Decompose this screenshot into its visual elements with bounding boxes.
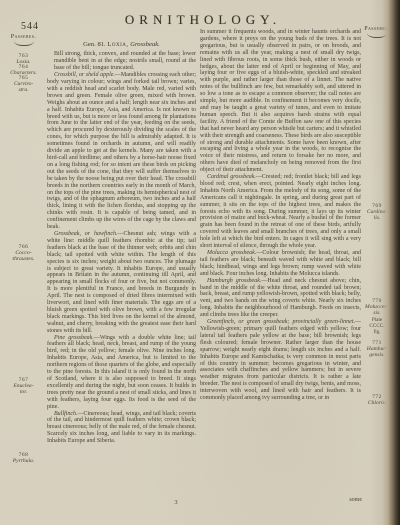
flourish-ornament bbox=[14, 41, 34, 46]
paragraph-cardinal-grossbeak: Cardinal grossbeak.—Crested; red; frontl… bbox=[200, 174, 361, 250]
paragraph-pine-grossbeak: Pine grossbeak.—Wings with a double whit… bbox=[47, 335, 196, 411]
order-name: Passeres. bbox=[2, 34, 45, 40]
paragraph-text: —Crested; red; frontlet black; bill and … bbox=[200, 174, 361, 249]
running-header: ORNITHOLOGY. bbox=[0, 12, 400, 28]
right-text-column: In summer it frequents woods, and in win… bbox=[200, 29, 361, 402]
species-name: Greenfinch, or green grossbeak; provinci… bbox=[207, 319, 355, 325]
species-name: Pine grossbeak. bbox=[54, 335, 94, 341]
signature-mark: 3 bbox=[168, 499, 184, 506]
margin-note-curvirostra: 765 Curviro- stra. bbox=[2, 75, 45, 93]
species-name: Crossbill, or sheld apple. bbox=[54, 72, 115, 78]
genus-common-name: Grossbeak. bbox=[130, 41, 160, 48]
paragraph-grossbeak: Grossbeak, or hawfinch.—Chesnut ash; win… bbox=[47, 231, 196, 335]
left-margin-column: Passeres. 763 Loxia. 764 Characters. 765… bbox=[2, 0, 45, 525]
species-name: Cardinal grossbeak. bbox=[207, 174, 256, 180]
margin-note-coccothraustes: 766 Cocco- thraustes. bbox=[2, 244, 45, 262]
genus-name: Loxia, bbox=[107, 41, 128, 48]
paragraph-bullfinch-continued: In summer it frequents woods, and in win… bbox=[200, 29, 361, 174]
paragraph-text: In summer it frequents woods, and in win… bbox=[200, 29, 361, 173]
genus-number: Gen. 81. bbox=[83, 41, 106, 48]
paragraph-text: Bill strong, thick, convex, and rounded … bbox=[54, 51, 196, 71]
paragraph-bullfinch: Bullfinch.—Cinereous; head, wings, and t… bbox=[47, 411, 196, 446]
paragraph-text: —Mandibles crossing each other; body var… bbox=[47, 72, 196, 230]
paragraph-text: —Wings with a double white line; tail fe… bbox=[47, 335, 196, 410]
genus-heading: Gen. 81. Loxia, Grossbeak. bbox=[47, 42, 196, 49]
paragraph-hamburgh-grossbeak: Hamburgh grossbeak.—Head and neck chesnu… bbox=[200, 278, 361, 319]
paragraph-text: —Head and neck chesnut above; chin, band… bbox=[200, 278, 361, 319]
paragraph-crossbill: Crossbill, or sheld apple.—Mandibles cro… bbox=[47, 72, 196, 231]
margin-note-enucleator: 767 Enuclea- tor. bbox=[2, 377, 45, 395]
species-name: Molucca grossbeak. bbox=[207, 250, 256, 256]
margin-order-label: Passeres. bbox=[2, 34, 45, 46]
paragraph-text: —Chesnut ash; wings with a white line: m… bbox=[47, 231, 196, 334]
margin-label: tor. bbox=[2, 389, 45, 395]
species-name: Hamburgh grossbeak. bbox=[207, 278, 261, 284]
book-page-scan: 544 ORNITHOLOGY. Passeres. 763 Loxia. 76… bbox=[0, 0, 400, 525]
species-name: Grossbeak, or hawfinch. bbox=[54, 231, 118, 237]
paragraph-greenfinch: Greenfinch, or green grossbeak; provinci… bbox=[200, 319, 361, 402]
paragraph-characters: Bill strong, thick, convex, and rounded … bbox=[47, 51, 196, 72]
margin-label: Pyrrhula. bbox=[2, 458, 45, 464]
species-name: Bullfinch. bbox=[54, 411, 78, 417]
book-edge-shadow bbox=[370, 0, 400, 525]
margin-label: thraustes. bbox=[2, 256, 45, 262]
margin-note-pyrrhula: 768 Pyrrhula. bbox=[2, 452, 45, 464]
left-text-column: Gen. 81. Loxia, Grossbeak. Bill strong, … bbox=[47, 42, 196, 445]
margin-label: stra. bbox=[2, 87, 45, 93]
paragraph-molucca-grossbeak: Molucca grossbeak.—Colour brownish; the … bbox=[200, 250, 361, 278]
paragraph-text: —Yellowish-green; primary quill feathers… bbox=[200, 319, 361, 401]
